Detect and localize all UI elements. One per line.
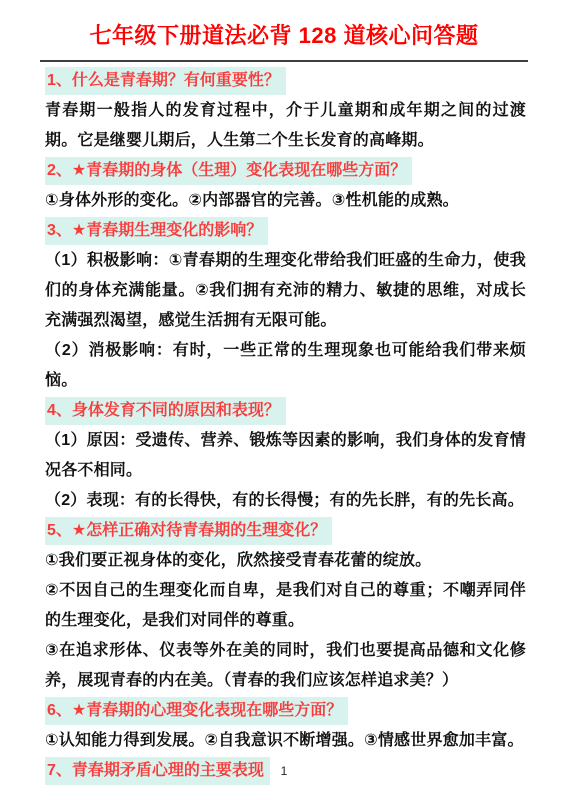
answer-paragraph: ①身体外形的变化。②内部器官的完善。③性机能的成熟。 <box>45 186 526 216</box>
question-heading: 3、★青春期生理变化的影响？ <box>45 216 526 246</box>
qa-list: 1、什么是青春期？有何重要性？ 青春期一般指人的发育过程中，介于儿童期和成年期之… <box>0 62 568 786</box>
question-5-text: 5、★怎样正确对待青春期的生理变化？ <box>45 517 332 545</box>
answer-paragraph: 青春期一般指人的发育过程中，介于儿童期和成年期之间的过渡期。它是继婴儿期后，人生… <box>45 96 526 156</box>
question-1-text: 1、什么是青春期？有何重要性？ <box>45 67 286 95</box>
question-heading: 6、★青春期的心理变化表现在哪些方面？ <box>45 696 526 726</box>
answer-paragraph: （2）消极影响：有时，一些正常的生理现象也可能给我们带来烦恼。 <box>45 336 526 396</box>
question-4-text: 4、身体发育不同的原因和表现？ <box>45 397 286 425</box>
question-heading: 5、★怎样正确对待青春期的生理变化？ <box>45 516 526 546</box>
qa-block-2: 2、★青春期的身体（生理）变化表现在哪些方面？ ①身体外形的变化。②内部器官的完… <box>45 156 526 216</box>
qa-block-4: 4、身体发育不同的原因和表现？ （1）原因：受遗传、营养、锻炼等因素的影响，我们… <box>45 396 526 516</box>
question-heading: 2、★青春期的身体（生理）变化表现在哪些方面？ <box>45 156 526 186</box>
answer-paragraph: （1）积极影响：①青春期的生理变化带给我们旺盛的生命力，使我们的身体充满能量。②… <box>45 246 526 336</box>
qa-block-5: 5、★怎样正确对待青春期的生理变化？ ①我们要正视身体的变化，欣然接受青春花蕾的… <box>45 516 526 696</box>
page-title: 七年级下册道法必背 128 道核心问答题 <box>0 22 568 50</box>
answer-paragraph: ③在追求形体、仪表等外在美的同时，我们也要提高品德和文化修养，展现青春的内在美。… <box>45 636 526 696</box>
question-3-text: 3、★青春期生理变化的影响？ <box>45 217 268 245</box>
question-heading: 1、什么是青春期？有何重要性？ <box>45 66 526 96</box>
question-6-text: 6、★青春期的心理变化表现在哪些方面？ <box>45 697 348 725</box>
qa-block-3: 3、★青春期生理变化的影响？ （1）积极影响：①青春期的生理变化带给我们旺盛的生… <box>45 216 526 396</box>
question-2-text: 2、★青春期的身体（生理）变化表现在哪些方面？ <box>45 157 412 185</box>
document-header: 七年级下册道法必背 128 道核心问答题 <box>0 0 568 62</box>
answer-paragraph: （1）原因：受遗传、营养、锻炼等因素的影响，我们身体的发育情况各不相同。 <box>45 426 526 486</box>
page-number: 1 <box>0 764 568 778</box>
answer-paragraph: ①认知能力得到发展。②自我意识不断增强。③情感世界愈加丰富。 <box>45 726 526 756</box>
qa-block-6: 6、★青春期的心理变化表现在哪些方面？ ①认知能力得到发展。②自我意识不断增强。… <box>45 696 526 756</box>
question-heading: 4、身体发育不同的原因和表现？ <box>45 396 526 426</box>
answer-paragraph: （2）表现：有的长得快，有的长得慢；有的先长胖，有的先长高。 <box>45 486 526 516</box>
document-page: 七年级下册道法必背 128 道核心问答题 1、什么是青春期？有何重要性？ 青春期… <box>0 0 568 800</box>
answer-paragraph: ①我们要正视身体的变化，欣然接受青春花蕾的绽放。 <box>45 546 526 576</box>
answer-paragraph: ②不因自己的生理变化而自卑，是我们对自己的尊重；不嘲弄同伴的生理变化，是我们对同… <box>45 576 526 636</box>
qa-block-1: 1、什么是青春期？有何重要性？ 青春期一般指人的发育过程中，介于儿童期和成年期之… <box>45 66 526 156</box>
